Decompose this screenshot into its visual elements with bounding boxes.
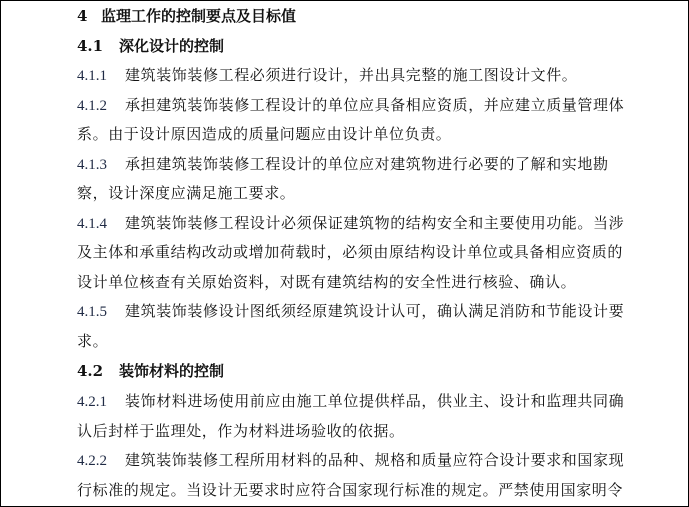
clause-number: 4.1.5 — [77, 302, 125, 322]
clause-text: 建筑装饰装修工程设计必须保证建筑物的结构安全和主要使用功能。当涉 — [125, 214, 624, 232]
clause-number: 4.1.3 — [77, 155, 125, 175]
clause-number: 4.1.4 — [77, 214, 125, 234]
clause-text: 建筑装饰装修设计图纸须经原建筑设计认可，确认满足消防和节能设计要 — [125, 302, 624, 320]
clause-text: 系。由于设计原因造成的质量问题应由设计单位负责。 — [77, 125, 451, 143]
clause-line-continued: 认后封样于监理处，作为材料进场验收的依据。 — [77, 421, 405, 441]
clause-line-continued: 设计单位核查有关原始资料，对既有建筑结构的安全性进行核验、确认。 — [77, 272, 576, 292]
clause-line: 4.1.4建筑装饰装修工程设计必须保证建筑物的结构安全和主要使用功能。当涉 — [77, 213, 624, 233]
clause-line-continued: 系。由于设计原因造成的质量问题应由设计单位负责。 — [77, 124, 451, 144]
clause-text: 承担建筑装饰装修工程设计的单位应具备相应资质，并应建立质量管理体 — [125, 96, 624, 114]
section-title: 监理工作的控制要点及目标值 — [101, 7, 296, 25]
section-number: 4 — [77, 6, 101, 26]
clause-text: 行标准的规定。当设计无要求时应符合国家现行标准的规定。严禁使用国家明令 — [77, 481, 623, 499]
clause-line: 4.1.1建筑装饰装修工程必须进行设计，并出具完整的施工图设计文件。 — [77, 65, 577, 85]
clause-text: 承担建筑装饰装修工程设计的单位应对建筑物进行必要的了解和实地勘 — [125, 155, 609, 173]
clause-text: 察，设计深度应满足施工要求。 — [77, 184, 295, 202]
clause-line: 4.1.5建筑装饰装修设计图纸须经原建筑设计认可，确认满足消防和节能设计要 — [77, 301, 624, 321]
clause-line: 4.1.3承担建筑装饰装修工程设计的单位应对建筑物进行必要的了解和实地勘 — [77, 154, 609, 174]
clause-number: 4.2.1 — [77, 392, 125, 412]
clause-line: 4.1.2承担建筑装饰装修工程设计的单位应具备相应资质，并应建立质量管理体 — [77, 95, 624, 115]
subsection-heading: 4.1深化设计的控制 — [77, 36, 224, 56]
clause-text: 及主体和承重结构改动或增加荷载时，必须由原结构设计单位或具备相应资质的 — [77, 243, 623, 261]
clause-text: 求。 — [77, 332, 108, 350]
document-page: 4监理工作的控制要点及目标值 4.1深化设计的控制 4.1.1建筑装饰装修工程必… — [0, 0, 689, 507]
clause-text: 建筑装饰装修工程所用材料的品种、规格和质量应符合设计要求和国家现 — [125, 451, 624, 469]
clause-line-continued: 察，设计深度应满足施工要求。 — [77, 183, 295, 203]
clause-text: 装饰材料进场使用前应由施工单位提供样品，供业主、设计和监理共同确 — [125, 392, 624, 410]
clause-number: 4.2.2 — [77, 451, 125, 471]
clause-line-continued: 及主体和承重结构改动或增加荷载时，必须由原结构设计单位或具备相应资质的 — [77, 242, 623, 262]
clause-number: 4.1.1 — [77, 66, 125, 86]
clause-line: 4.2.2建筑装饰装修工程所用材料的品种、规格和质量应符合设计要求和国家现 — [77, 450, 624, 470]
clause-line-continued: 行标准的规定。当设计无要求时应符合国家现行标准的规定。严禁使用国家明令 — [77, 480, 623, 500]
clause-number: 4.1.2 — [77, 96, 125, 116]
subsection-heading: 4.2装饰材料的控制 — [77, 361, 224, 381]
clause-text: 设计单位核查有关原始资料，对既有建筑结构的安全性进行核验、确认。 — [77, 273, 576, 291]
subsection-title: 装饰材料的控制 — [119, 362, 224, 380]
clause-text: 建筑装饰装修工程必须进行设计，并出具完整的施工图设计文件。 — [125, 66, 577, 84]
section-heading: 4监理工作的控制要点及目标值 — [77, 6, 296, 26]
subsection-title: 深化设计的控制 — [119, 37, 224, 55]
subsection-number: 4.2 — [77, 361, 119, 381]
subsection-number: 4.1 — [77, 36, 119, 56]
clause-line-continued: 求。 — [77, 331, 108, 351]
clause-line: 4.2.1装饰材料进场使用前应由施工单位提供样品，供业主、设计和监理共同确 — [77, 391, 624, 411]
clause-text: 认后封样于监理处，作为材料进场验收的依据。 — [77, 422, 405, 440]
